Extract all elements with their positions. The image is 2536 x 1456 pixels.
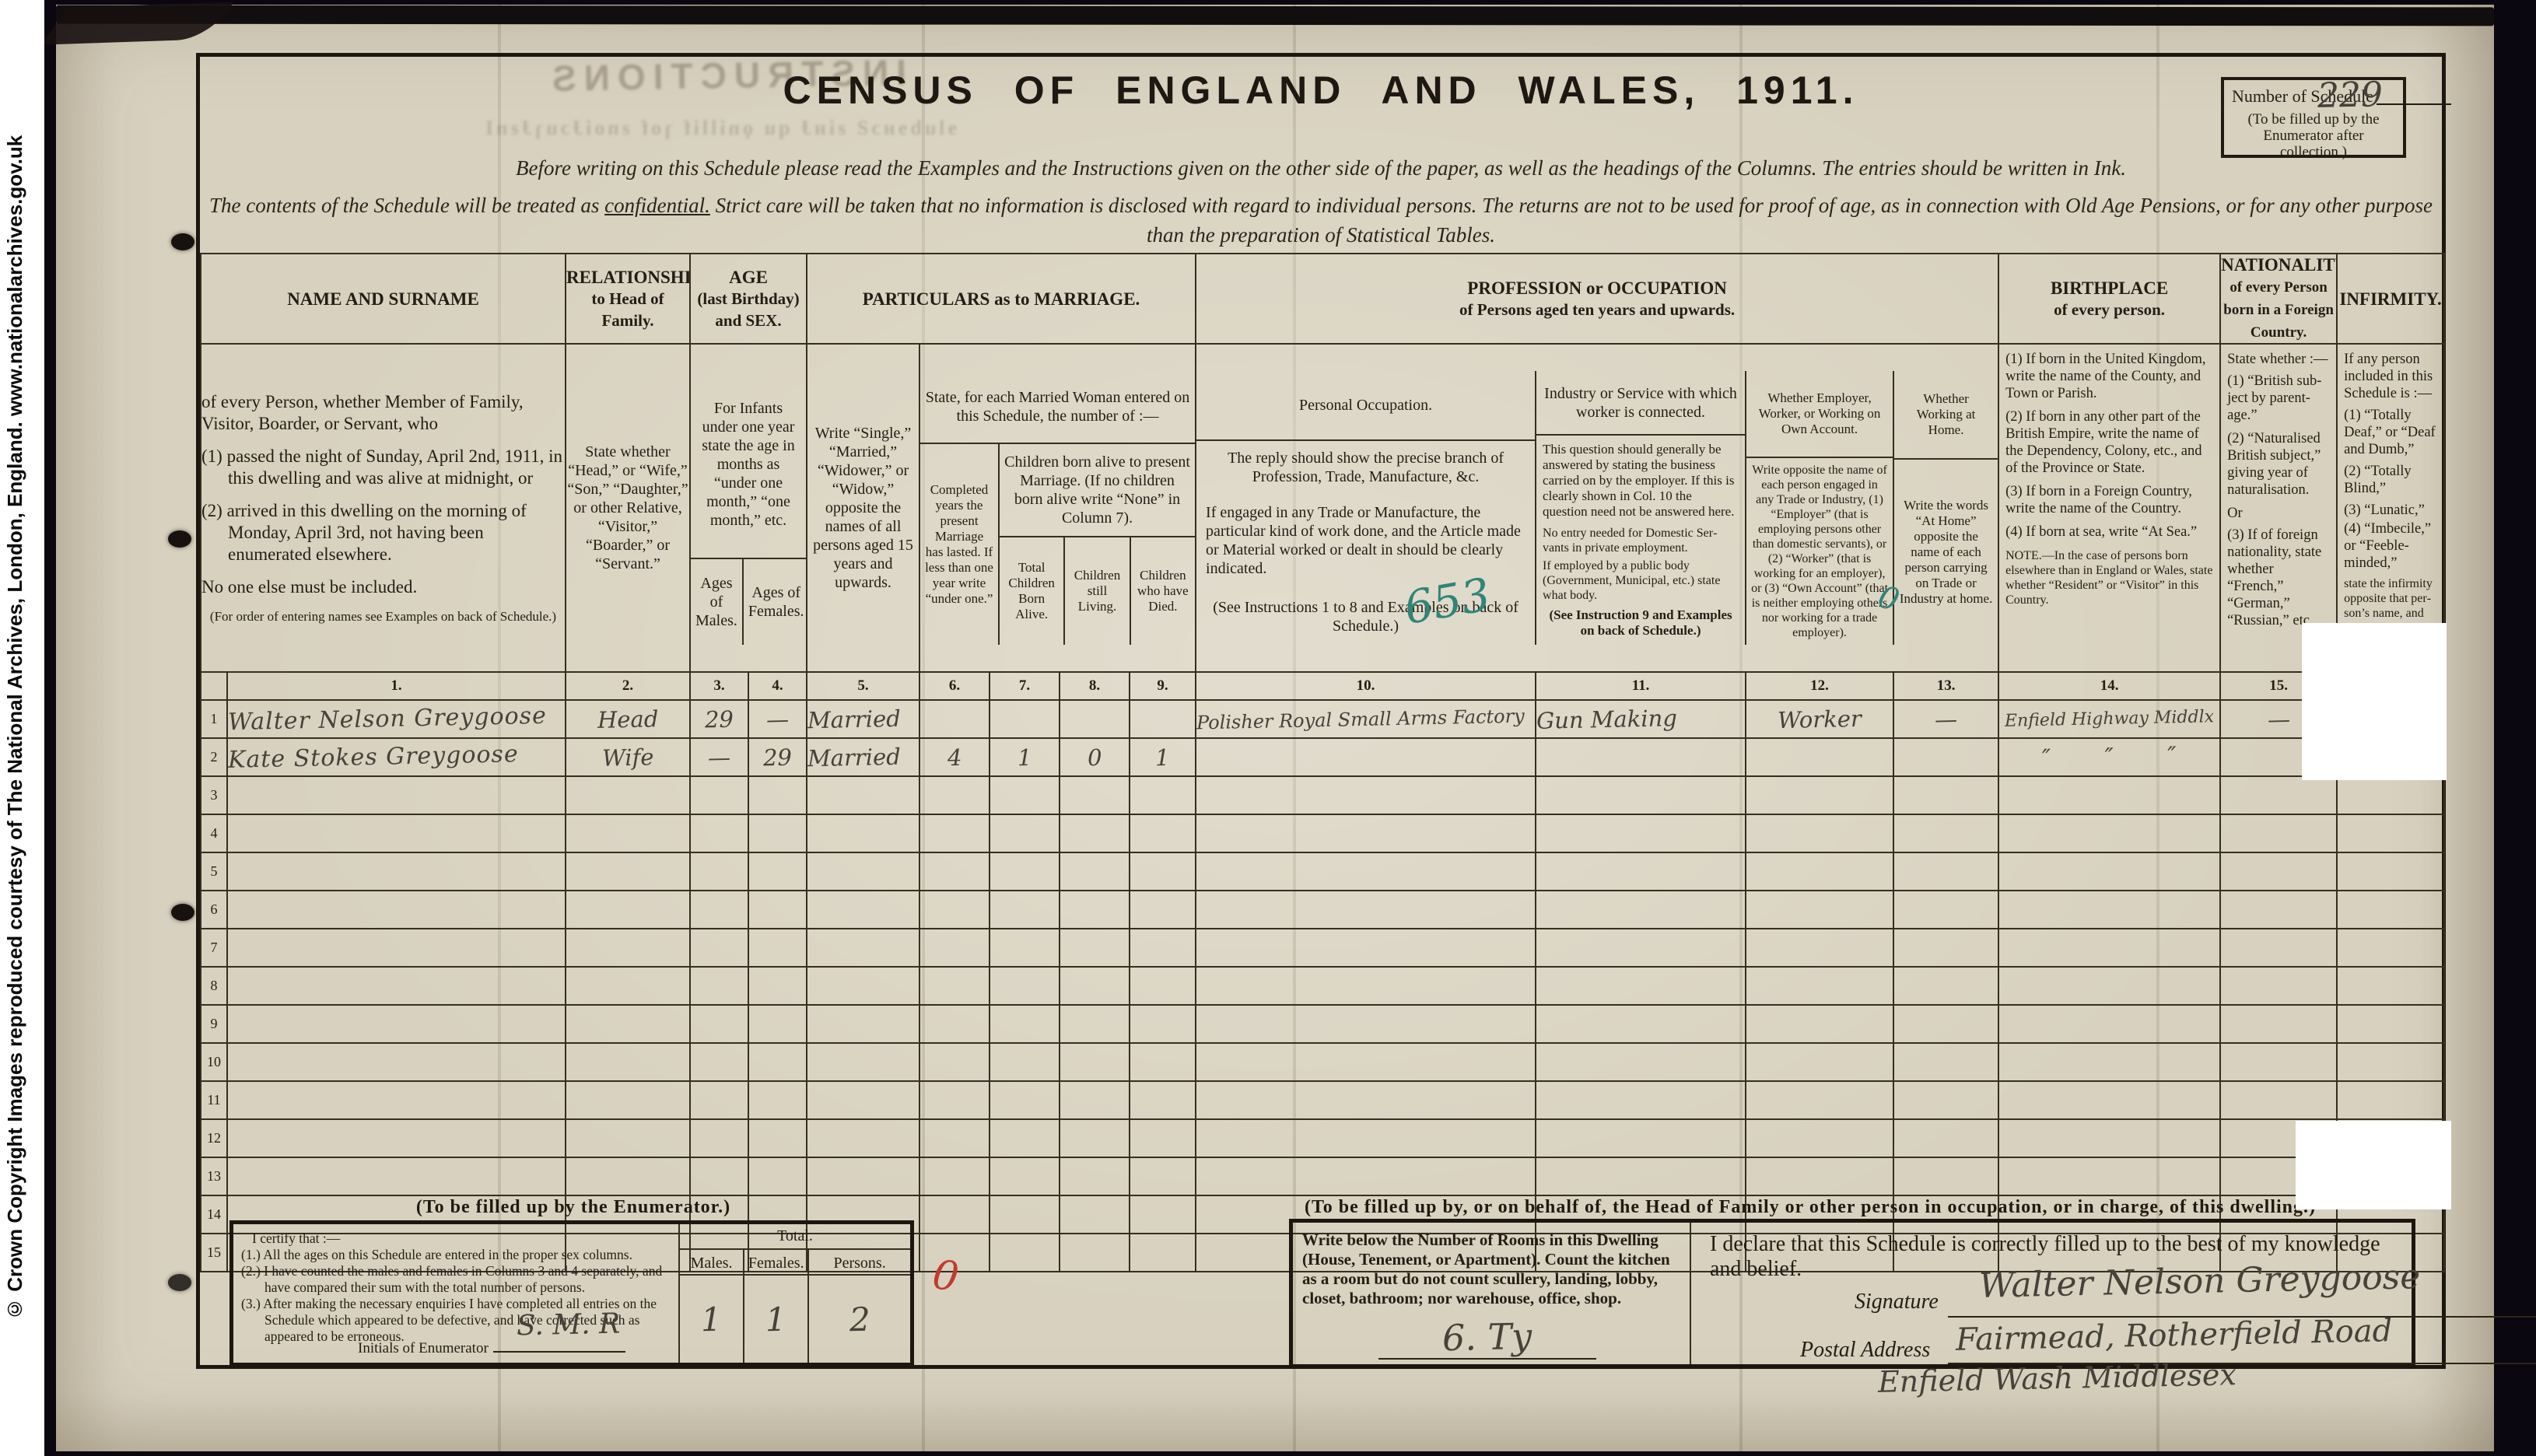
working-at-home-note: Write the words “At Home” opposite the n… <box>1894 460 1998 645</box>
col-group-birthplace: BIRTHPLACEof every person. <box>1998 254 2220 344</box>
col-group-age: AGE(last Birthday) and SEX. <box>690 254 807 344</box>
schedule-number-label: Number of Schedule229 <box>2232 86 2395 107</box>
punch-hole <box>171 233 194 250</box>
col-group-name: NAME AND SURNAME <box>201 254 566 344</box>
entry-name: Kate Stokes Greygoose <box>228 740 519 774</box>
enumerator-initials: Initials of EnumeratorS. M. R <box>358 1340 625 1356</box>
entry-birthplace: Enfield Highway Middlx <box>2005 707 2215 731</box>
col-group-relationship: RELATIONSHIPto Head of Family. <box>566 254 690 344</box>
enumerator-certification: I certify that :— (1.) All the ages on t… <box>233 1224 678 1363</box>
col-group-marriage: PARTICULARS as to MARRIAGE. <box>807 254 1196 344</box>
age-instructions: For Infants under one year state the age… <box>690 344 807 672</box>
signature-value: Walter Nelson Greygoose <box>1979 1257 2421 1306</box>
column-number-strip: 1.2. 3.4. 5.6. 7.8. 9.10. 11.12. 13.14. … <box>201 672 2444 700</box>
total-label: Total. <box>680 1224 910 1250</box>
census-form: CENSUS OF ENGLAND AND WALES, 1911. Numbe… <box>196 53 2446 1369</box>
archive-copyright-text: © Crown Copyright Images reproduced cour… <box>3 0 42 1456</box>
rooms-instructions: Write below the Number of Rooms in this … <box>1302 1230 1680 1308</box>
personal-occupation-label: Personal Occupation. <box>1196 371 1535 441</box>
infirmity-redaction-patch <box>2302 623 2447 780</box>
declaration-cell: I declare that this Schedule is correctl… <box>1691 1223 2412 1364</box>
married-woman-note: State, for each Married Woman entered on… <box>920 371 1195 444</box>
householder-section-heading: (To be filled up by, or on behalf of, th… <box>1203 1197 2417 1218</box>
schedule-number-value: 229 <box>2317 75 2383 116</box>
confidential-line: The contents of the Schedule will be tre… <box>200 194 2442 218</box>
rooms-value: 6. Ty <box>1378 1316 1596 1360</box>
enumerator-totals: Total. Males. 1 Females. 1 Persons. 2 <box>678 1224 910 1363</box>
col-group-nationality: NATIONALITYof every Person born in a For… <box>2220 254 2337 344</box>
total-males: Males. 1 <box>680 1250 743 1363</box>
schedule-number-note: (To be filled up by the Enumerator after… <box>2232 111 2395 160</box>
postal-address-line2: Enfield Wash Middlesex <box>1878 1361 2237 1395</box>
enumerator-initials-value: S. M. R <box>517 1316 621 1335</box>
employer-worker-label: Whether Employer, Worker, or Working on … <box>1746 371 1893 458</box>
total-persons: Persons. 2 <box>807 1250 910 1363</box>
postal-address-value: Fairmead, Rotherfield Road <box>1956 1313 2393 1358</box>
total-females: Females. 1 <box>743 1250 807 1363</box>
signature-line: Signature Walter Nelson Greygoose <box>1948 1266 2536 1318</box>
industry-service-note: This question should gener­ally be answe… <box>1536 436 1745 645</box>
form-title: CENSUS OF ENGLAND AND WALES, 1911. <box>200 68 2442 113</box>
children-born-alive-note: Children born alive to present Marriage.… <box>1000 444 1195 537</box>
postal-address-label: Postal Address <box>1800 1338 1930 1363</box>
rooms-cell: Write below the Number of Rooms in this … <box>1293 1223 1691 1364</box>
working-at-home-label: Whether Working at Home. <box>1894 371 1998 460</box>
employer-worker-note: Write opposite the name of each person e… <box>1746 458 1893 645</box>
ditto-marks: ″ ″ ″ <box>2042 742 2177 772</box>
col-group-profession: PROFESSION or OCCUPATIONof Persons aged … <box>1196 254 1998 344</box>
confidential-line2: than the preparation of Statistical Tabl… <box>200 223 2442 247</box>
entry-name: Walter Nelson Greygoose <box>228 702 547 737</box>
scan-top-edge <box>56 5 2494 26</box>
signature-label: Signature <box>1855 1290 1939 1314</box>
children-died-label: Children who have Died. <box>1131 537 1195 645</box>
householder-box: Write below the Number of Rooms in this … <box>1289 1219 2415 1368</box>
red-ink-zero: 0 <box>930 1251 962 1301</box>
punch-hole <box>168 530 191 548</box>
intro-instruction: Before writing on this Schedule please r… <box>200 156 2442 180</box>
marriage-children-instructions: State, for each Married Woman entered on… <box>919 344 1196 672</box>
entry-occupation: Polisher Royal Small Arms Factory <box>1196 705 1525 733</box>
confidential-word: confidential. <box>604 194 710 217</box>
enumerator-section-heading: (To be filled up by the Enumerator.) <box>231 1197 916 1218</box>
margin-redaction-patch <box>2296 1121 2451 1209</box>
table-row: 1 Walter Nelson Greygoose Head 29 — Marr… <box>201 700 2444 738</box>
birthplace-instructions: (1) If born in the United King­dom, writ… <box>1998 344 2220 672</box>
total-children-label: Total Children Born Alive. <box>1000 537 1065 645</box>
archive-copyright-strip: © Crown Copyright Images reproduced cour… <box>0 0 44 1456</box>
enumerator-box: I certify that :— (1.) All the ages on t… <box>229 1220 914 1367</box>
profession-instructions: Personal Occupation. The reply should sh… <box>1196 344 1998 672</box>
schedule-number-rule: 229 <box>2377 103 2451 105</box>
census-table: NAME AND SURNAME RELATIONSHIPto Head of … <box>200 253 2445 1272</box>
punch-hole <box>168 1274 191 1291</box>
name-column-instructions: of every Person, whether Member of Famil… <box>201 344 566 672</box>
postal-address-line: Postal Address Fairmead, Rotherfield Roa… <box>1948 1327 2536 1364</box>
ages-of-females-label: Ages of Females. <box>744 559 807 645</box>
col-group-infirmity: INFIRMITY. <box>2337 254 2444 344</box>
marriage-write-instructions: Write “Single,” “Married,” “Widower,” or… <box>807 344 919 672</box>
industry-service-label: Industry or Service with which worker is… <box>1536 371 1745 436</box>
age-infants-note: For Infants under one year state the age… <box>691 371 806 559</box>
census-scan-page: { "sidebar": { "copyright": "© Crown Cop… <box>0 0 2536 1456</box>
ages-of-males-label: Ages of Males. <box>691 559 744 645</box>
schedule-number-box: Number of Schedule229 (To be filled up b… <box>2221 77 2406 158</box>
children-living-label: Children still Living. <box>1065 537 1130 645</box>
punch-hole <box>171 904 194 921</box>
table-row: 2 Kate Stokes Greygoose Wife — 29 Marrie… <box>201 738 2444 776</box>
relationship-instructions: State whether “Head,” or “Wife,” “Son,” … <box>566 344 690 672</box>
completed-years-note: Com­pleted years the present Marriage ha… <box>920 444 1000 645</box>
